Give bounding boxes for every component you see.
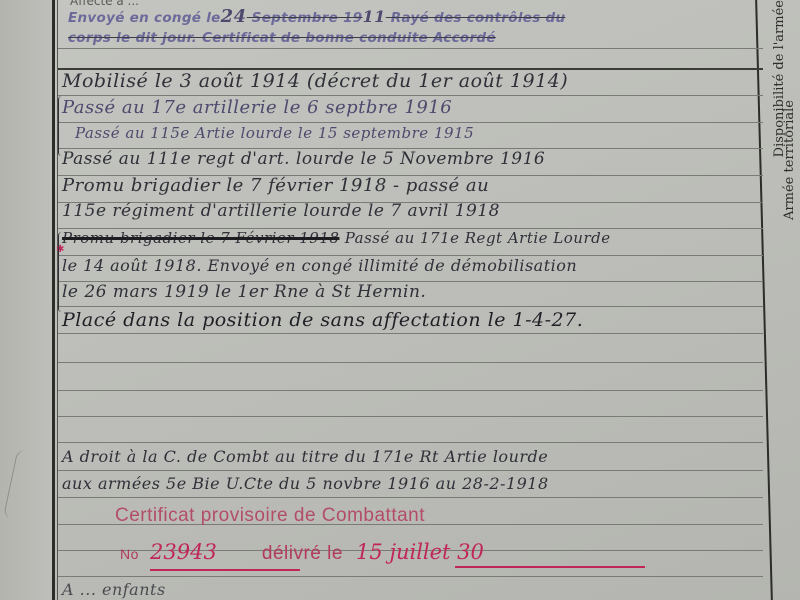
ruled-line: [58, 48, 763, 49]
ruled-line: [58, 442, 763, 443]
entry-combat-card-2: aux armées 5e Bie U.Cte du 5 novbre 1916…: [62, 474, 549, 493]
stamp-title: Certificat provisoire de Combattant: [115, 505, 425, 527]
ruled-line: [58, 306, 763, 307]
stamp-underline: [455, 566, 645, 568]
printed-text: Rayé des contrôles du: [386, 10, 566, 26]
stamp-delivered-date: 15 juillet 30: [356, 540, 484, 564]
side-label-armee-territoriale: Armée territoriale: [782, 100, 797, 220]
ruled-line: [58, 333, 763, 334]
left-border-line: [52, 0, 55, 600]
struck-text: Promu brigadier le 7 Février 1918: [62, 229, 339, 247]
printed-header-line-1: Envoyé en congé le24 Septembre 1911 Rayé…: [68, 6, 565, 27]
stamp-number-label: No: [120, 546, 139, 562]
entry-transfer-171e: Passé au 171e Regt Artie Lourde: [345, 229, 611, 247]
document-page: Affecté à ... Envoyé en congé le24 Septe…: [0, 0, 800, 600]
stamp-number-row: No 23943 délivré le 15 juillet 30: [120, 540, 484, 565]
entry-promotion: Promu brigadier le 7 février 1918 - pass…: [62, 175, 489, 196]
stamp-underline: [150, 569, 300, 571]
printed-header-line-2: corps le dit jour. Certificat de bonne c…: [68, 30, 496, 46]
entry-transfer-115e: Passé au 115e Artie lourde le 15 septemb…: [75, 124, 474, 142]
ruled-line: [58, 390, 763, 391]
ruled-line: [58, 576, 763, 577]
ruled-line: [58, 95, 763, 96]
stamp-delivered-label: délivré le: [262, 543, 343, 564]
ruled-line: [58, 497, 763, 498]
handwritten-day: 24: [221, 6, 247, 27]
entry-transfer-115e-1918: 115e régiment d'artillerie lourde le 7 a…: [62, 201, 500, 221]
ruled-line: [58, 362, 763, 363]
entry-demobilization-date: le 26 mars 1919 le 1er Rne à St Hernin.: [62, 282, 426, 302]
entry-combat-card-1: A droit à la C. de Combt au titre du 171…: [62, 447, 548, 466]
printed-text: Septembre 19: [247, 10, 363, 26]
handwritten-year: 11: [362, 7, 385, 26]
entry-placement: Placé dans la position de sans affectati…: [62, 309, 583, 331]
entry-transfer-111e: Passé au 111e regt d'art. lourde le 5 No…: [62, 149, 545, 169]
stamp-number-value: 23943: [150, 540, 217, 564]
right-column-border: [755, 0, 773, 600]
entry-transfer-17e: Passé au 17e artillerie le 6 septbre 191…: [62, 97, 452, 118]
bottom-partial-entry: A ... enfants: [62, 580, 166, 599]
entry-mobilized: Mobilisé le 3 août 1914 (décret du 1er a…: [62, 70, 568, 92]
ruled-line: [58, 122, 763, 123]
ruled-line: [58, 416, 763, 417]
entry-demobilization: le 14 août 1918. Envoyé en congé illimit…: [62, 256, 577, 275]
entry-struck-and-transfer-171e: Promu brigadier le 7 Février 1918 Passé …: [62, 229, 611, 247]
printed-text: corps le dit jour. Certificat de bonne c…: [68, 30, 496, 46]
printed-text: Envoyé en congé le: [68, 10, 221, 26]
ruled-line: [58, 470, 763, 471]
